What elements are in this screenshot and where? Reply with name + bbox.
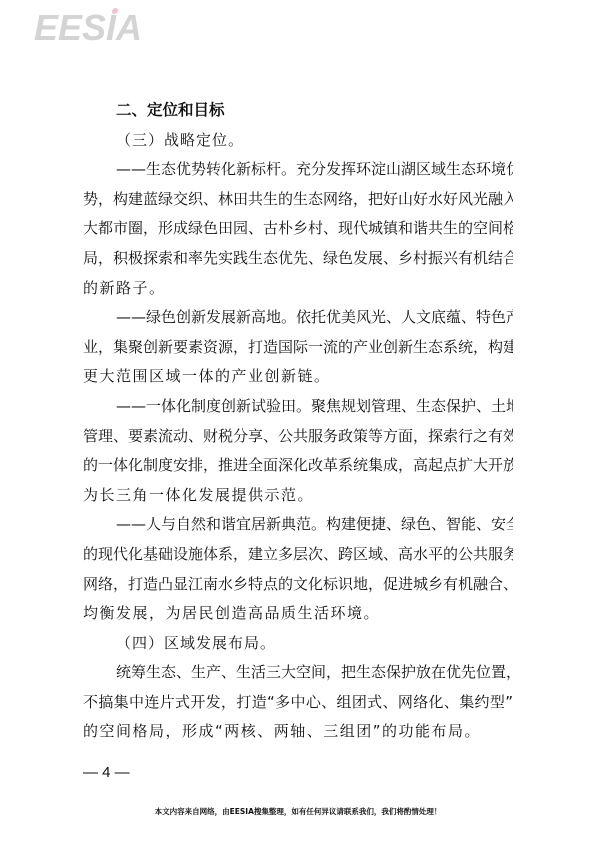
eesia-logo: EESIA: [34, 10, 142, 46]
text-line: 的一体化制度安排，推进全面深化改革系统集成，高起点扩大开放，: [83, 451, 513, 481]
text-line: 势，构建蓝绿交织、林田共生的生态网络，把好山好水好风光融入: [83, 185, 513, 215]
text-line: 管理、要素流动、财税分享、公共服务政策等方面，探索行之有效: [83, 422, 513, 452]
text-line: ——一体化制度创新试验田。聚焦规划管理、生态保护、土地: [83, 392, 513, 422]
text-line: ——人与自然和谐宜居新典范。构建便捷、绿色、智能、安全: [83, 510, 513, 540]
page-number: — 4 —: [83, 764, 130, 781]
text-line: 大都市圈，形成绿色田园、古朴乡村、现代城镇和谐共生的空间格: [83, 214, 513, 244]
text-line: 的新路子。: [83, 274, 513, 304]
paragraph-institutional: ——一体化制度创新试验田。聚焦规划管理、生态保护、土地 管理、要素流动、财税分享…: [83, 392, 513, 510]
text-line: ——绿色创新发展新高地。依托优美风光、人文底蕴、特色产: [83, 303, 513, 333]
subsection-heading-4: （四）区域发展布局。: [83, 629, 513, 659]
text-line: 为长三角一体化发展提供示范。: [83, 481, 513, 511]
footer-disclaimer: 本文内容来自网络，由EESIA搜集整理，如有任何异议请联系我们，我们将酌情处理！: [0, 806, 596, 817]
paragraph-livable: ——人与自然和谐宜居新典范。构建便捷、绿色、智能、安全 的现代化基础设施体系，建…: [83, 510, 513, 628]
text-line: 均衡发展，为居民创造高品质生活环境。: [83, 599, 513, 629]
paragraph-green-innovation: ——绿色创新发展新高地。依托优美风光、人文底蕴、特色产 业，集聚创新要素资源，打…: [83, 303, 513, 392]
subsection-heading-3: （三）战略定位。: [83, 126, 513, 156]
section-heading: 二、定位和目标: [83, 96, 513, 126]
paragraph-ecological: ——生态优势转化新标杆。充分发挥环淀山湖区域生态环境优 势，构建蓝绿交织、林田共…: [83, 155, 513, 303]
text-line: 更大范围区域一体的产业创新链。: [83, 362, 513, 392]
paragraph-layout: 统筹生态、生产、生活三大空间，把生态保护放在优先位置， 不搞集中连片式开发，打造…: [83, 658, 513, 747]
text-line: 网络，打造凸显江南水乡特点的文化标识地，促进城乡有机融合、: [83, 570, 513, 600]
text-line: 不搞集中连片式开发，打造“多中心、组团式、网络化、集约型”: [83, 688, 513, 718]
text-line: 局，积极探索和率先实践生态优先、绿色发展、乡村振兴有机结合: [83, 244, 513, 274]
text-line: 统筹生态、生产、生活三大空间，把生态保护放在优先位置，: [83, 658, 513, 688]
text-line: ——生态优势转化新标杆。充分发挥环淀山湖区域生态环境优: [83, 155, 513, 185]
text-line: 的现代化基础设施体系，建立多层次、跨区域、高水平的公共服务: [83, 540, 513, 570]
text-line: 业，集聚创新要素资源，打造国际一流的产业创新生态系统，构建: [83, 333, 513, 363]
document-body: 二、定位和目标 （三）战略定位。 ——生态优势转化新标杆。充分发挥环淀山湖区域生…: [83, 96, 513, 747]
text-line: 的空间格局，形成“两核、两轴、三组团”的功能布局。: [83, 717, 513, 747]
